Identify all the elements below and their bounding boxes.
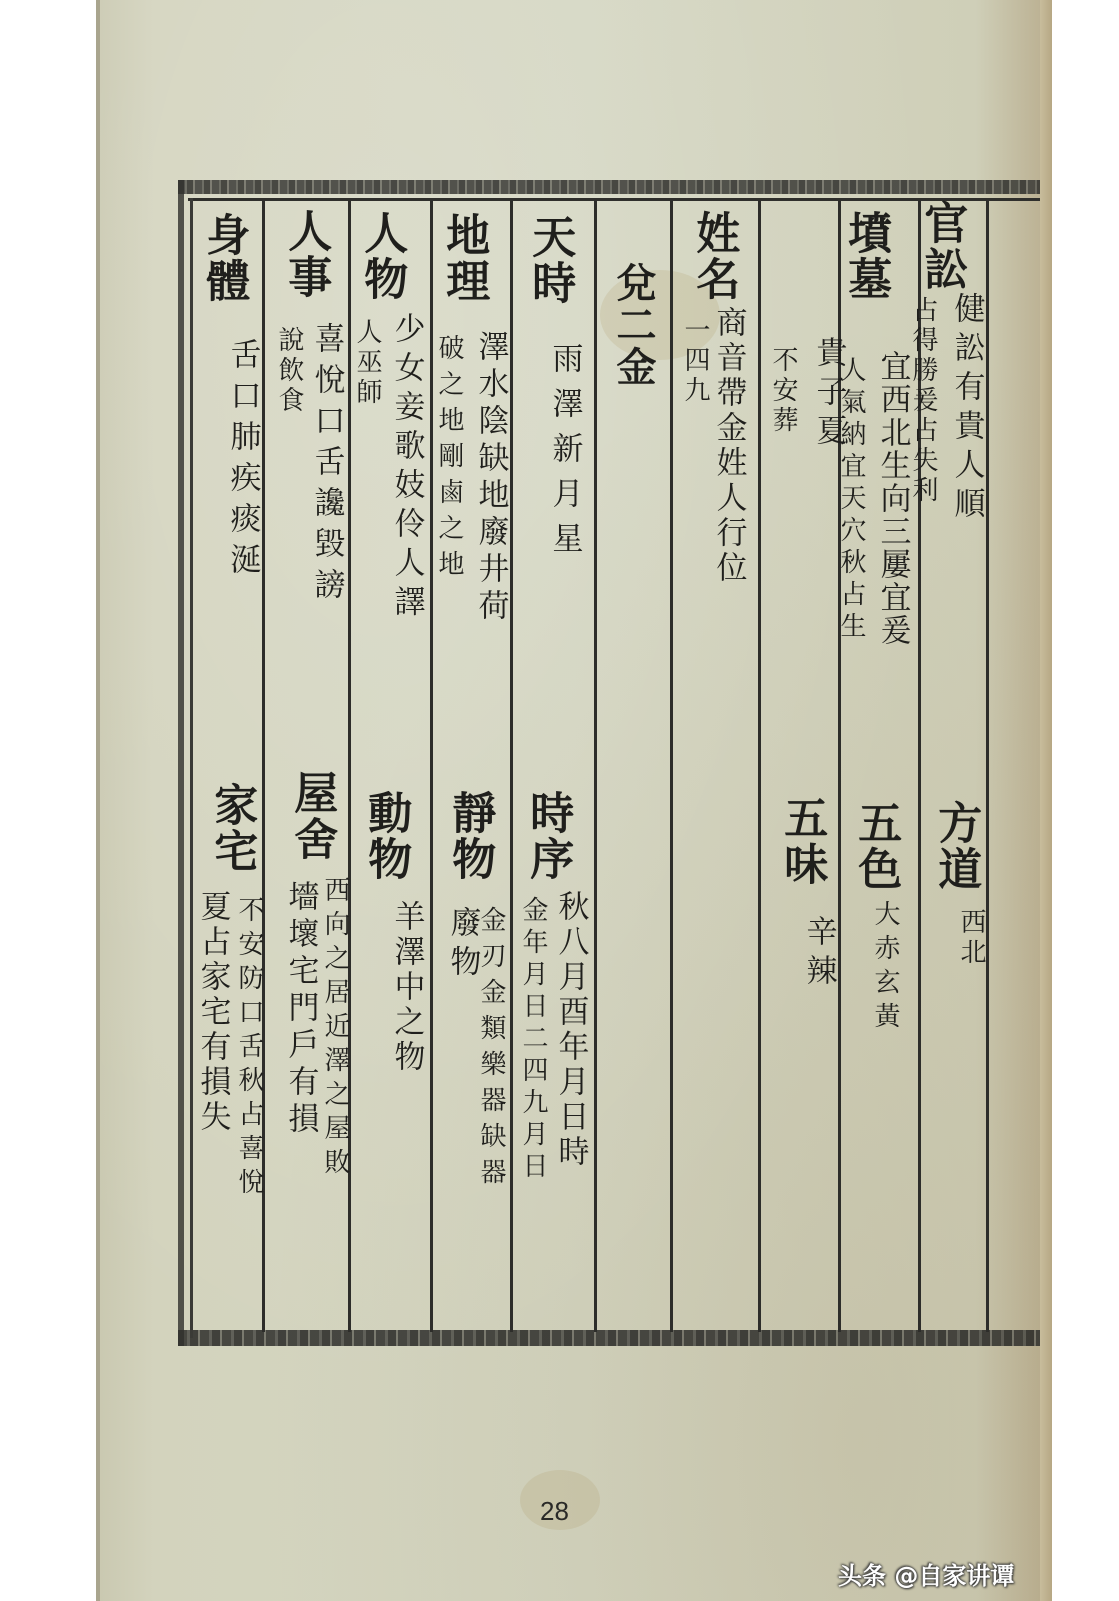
column-rule [510, 200, 513, 1332]
text-shixu: 秋八月酉年月日時 [554, 890, 587, 1170]
page-number: 28 [540, 1496, 569, 1527]
column-rule [986, 200, 989, 1332]
note-renshi: 說飲食 [276, 326, 302, 416]
note-jiazhai: 夏占家宅有損失 [196, 890, 229, 1135]
heading-dili: 地理 [440, 212, 486, 304]
text-shenti: 舌口肺疾痰涎 [226, 338, 259, 584]
heading-renwu: 人物 [358, 210, 404, 302]
heading-wuwei: 五味 [778, 795, 824, 887]
column-rule [430, 200, 433, 1332]
note-fangdao: 西北 [958, 908, 984, 968]
note-guansong: 占得勝爰占失利 [910, 296, 936, 506]
text-renwu: 少女妾歌妓伶人譯 [390, 312, 423, 624]
heading-wuse: 五色 [852, 800, 898, 892]
heading-jingwu: 靜物 [446, 790, 492, 882]
text-dongwu: 羊澤中之物 [390, 900, 423, 1075]
frame-top-rule [188, 198, 1040, 201]
note-xingming: 一四九 [682, 316, 708, 406]
note-jingwu: 廢物 [446, 906, 479, 984]
heading-shixu: 時序 [524, 790, 570, 882]
heading-jiazhai: 家宅 [208, 782, 254, 874]
column-rule [758, 200, 761, 1332]
source-watermark: 头条 @自家讲谭 [838, 1556, 1014, 1591]
heading-wushe: 屋舍 [288, 770, 334, 862]
note-dili: 破之地剛鹵之地 [436, 334, 462, 586]
heading-guansong: 官訟 [918, 200, 964, 292]
text-tianshi: 雨澤新月星 [548, 342, 581, 567]
note-renwu: 人巫師 [354, 318, 380, 408]
page-edge-left [96, 0, 100, 1601]
text-guansong: 健訟有貴人順 [950, 292, 983, 526]
page-edge-right [1040, 0, 1052, 1601]
heading-renshi: 人事 [282, 208, 328, 300]
text-wushe: 西向之居近澤之屋敗 [322, 876, 348, 1182]
text-fenmu: 宜西北生向三屢宜爰 [876, 350, 909, 647]
heading-fenmu: 墳墓 [842, 210, 888, 302]
text-jiazhai: 不安防口舌秋占喜悅 [236, 896, 262, 1202]
frame-top-border [178, 180, 1040, 194]
text-dili: 澤水陰缺地廢井荷 [474, 330, 507, 626]
heading-fangdao: 方道 [932, 800, 978, 892]
text-xingming: 商音帶金姓人行位 [712, 306, 745, 586]
text-guizi: 貴子夏 [812, 336, 845, 453]
note-shixu: 金年月日二四九月日 [520, 896, 546, 1184]
note-wuwei: 辛辣 [802, 915, 835, 993]
heading-tianshi: 天時 [526, 214, 572, 306]
heading-shenti: 身體 [200, 212, 246, 304]
text-jingwu: 金刃金類樂器缺器 [478, 906, 504, 1194]
frame-left-border [178, 180, 184, 1346]
heading-dongwu: 動物 [362, 790, 408, 882]
note-buanzang: 不安葬 [770, 346, 796, 436]
column-rule [594, 200, 597, 1332]
frame-bottom-border [178, 1330, 1040, 1346]
frame-left-rule [190, 198, 193, 1338]
heading-xingming: 姓名 [690, 210, 736, 302]
text-renshi: 喜悅口舌讒毀謗 [310, 322, 343, 609]
column-rule [670, 200, 673, 1332]
heading-dui-trigram: 兌二金 [612, 262, 654, 388]
note-wuse: 大赤玄黃 [872, 900, 898, 1036]
note-wushe: 墻壞宅門戶有損 [284, 880, 317, 1139]
